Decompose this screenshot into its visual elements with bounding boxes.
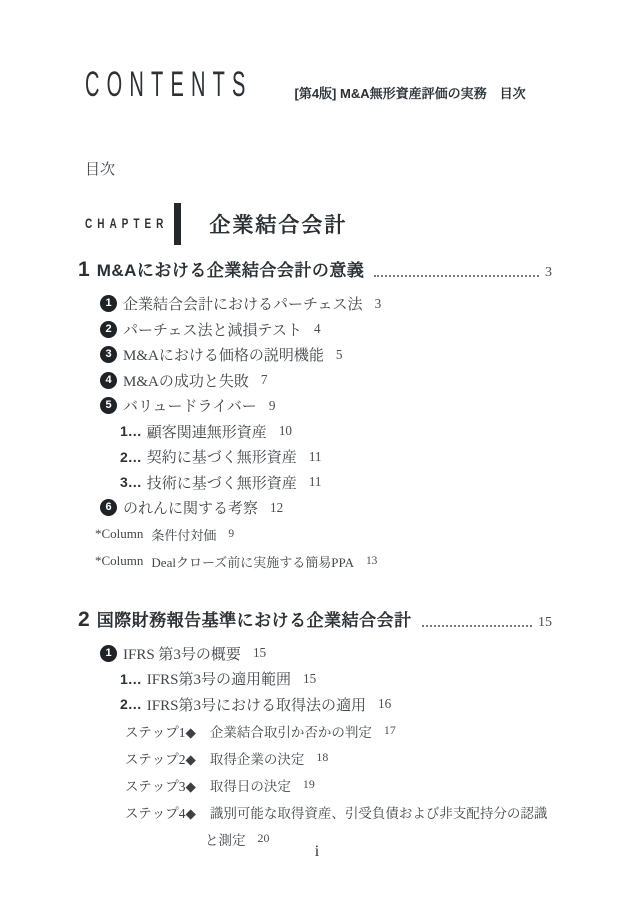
section-page: 3 [545,265,552,281]
toc-column-item: *Column 条件付対価 9 [78,521,552,548]
section-page: 15 [538,615,552,631]
item-number-badge: 1 [100,645,117,662]
page-number: i [0,843,634,861]
item-title: 技術に基づく無形資産 [147,472,297,493]
item-title: M&Aの成功と失敗 [123,370,249,391]
toc-item: 3 M&Aにおける価格の説明機能 5 [78,342,552,368]
section-title: 国際財務報告基準における企業結合会計 [97,606,412,631]
item-page: 19 [303,777,315,792]
item-title: IFRS第3号における取得法の適用 [147,694,366,715]
item-number-badge: 3 [100,346,117,363]
step-marker: ステップ4◆ [125,802,196,822]
chapter-title: 企業結合会計 [209,209,347,239]
toc-item: 6 のれんに関する考察 12 [78,495,552,521]
toc-page: CONTENTS [第4版] M&A無形資産評価の実務 目次 目次 CHAPTE… [0,0,634,900]
column-prefix: *Column [95,526,143,542]
subitem-number: 1… [120,423,142,439]
item-number-badge: 6 [100,499,117,516]
toc-subitem: 3… 技術に基づく無形資産 11 [78,470,552,496]
item-page: 10 [279,423,292,439]
subitem-number: 2… [120,696,142,712]
section-number: 2 [78,608,90,632]
book-subtitle: [第4版] M&A無形資産評価の実務 目次 [295,86,526,103]
item-title: 取得日の決定 [210,775,291,795]
item-title: Dealクローズ前に実施する簡易PPA [151,552,354,571]
item-title: バリュードライバー [123,395,257,416]
column-prefix: *Column [95,553,143,569]
item-page: 4 [314,321,321,337]
item-page: 7 [261,372,268,388]
subitem-number: 3… [120,474,142,490]
toc-step-item: ステップ2◆ 取得企業の決定 18 [78,744,552,771]
item-page: 11 [309,474,322,490]
step-marker: ステップ2◆ [125,748,196,768]
item-title: 企業結合取引か否かの判定 [210,721,372,741]
toc-step-item: ステップ1◆ 企業結合取引か否かの判定 17 [78,717,552,744]
item-number-badge: 4 [100,372,117,389]
toc-step-item: ステップ4◆ 識別可能な取得資産、引受負債および非支配持分の認識 [78,798,552,825]
item-title: 顧客関連無形資産 [147,421,267,442]
item-page: 15 [253,645,266,661]
item-number-badge: 5 [100,397,117,414]
section-number: 1 [78,258,90,282]
item-number-badge: 1 [100,295,117,312]
item-page: 9 [269,398,276,414]
subitem-number: 2… [120,449,142,465]
item-page: 11 [309,449,322,465]
step-marker: ステップ3◆ [125,775,196,795]
toc-column-item: *Column Dealクローズ前に実施する簡易PPA 13 [78,548,552,575]
item-page: 5 [336,347,343,363]
item-page: 12 [270,500,283,516]
toc-item: 1 IFRS 第3号の概要 15 [78,641,552,667]
toc-content: 1 M&Aにおける企業結合会計の意義 3 1 企業結合会計におけるパーチェス法 … [78,256,552,852]
item-title: 取得企業の決定 [210,748,305,768]
item-number-badge: 2 [100,321,117,338]
toc-step-item: ステップ3◆ 取得日の決定 19 [78,771,552,798]
section-heading: 2 国際財務報告基準における企業結合会計 15 [78,606,552,632]
item-page: 13 [366,555,377,567]
item-title: IFRS 第3号の概要 [123,643,241,664]
item-page: 18 [316,750,328,765]
toc-subitem: 1… 顧客関連無形資産 10 [78,419,552,445]
masthead: CONTENTS [第4版] M&A無形資産評価の実務 目次 [85,78,574,103]
item-title: のれんに関する考察 [123,497,258,518]
item-page: 16 [378,696,391,712]
section-2: 2 国際財務報告基準における企業結合会計 15 1 IFRS 第3号の概要 15… [78,606,552,853]
section-title: M&Aにおける企業結合会計の意義 [97,256,365,281]
chapter-word: CHAPTER [85,217,168,232]
toc-subitem: 2… 契約に基づく無形資産 11 [78,444,552,470]
item-page: 9 [228,528,234,540]
toc-label: 目次 [85,158,115,179]
chapter-number-bar [174,203,181,245]
toc-item: 4 M&Aの成功と失敗 7 [78,368,552,394]
subitem-number: 1… [120,671,142,687]
dotted-leader [422,625,532,627]
chapter-heading: CHAPTER 企業結合会計 [85,202,347,246]
contents-title: CONTENTS [85,68,253,104]
item-page: 15 [303,671,316,687]
item-title: 条件付対価 [151,525,216,544]
item-title: M&Aにおける価格の説明機能 [123,344,324,365]
toc-subitem: 2… IFRS第3号における取得法の適用 16 [78,692,552,718]
item-title: 契約に基づく無形資産 [147,446,297,467]
item-title: 企業結合会計におけるパーチェス法 [123,293,363,314]
item-title: 識別可能な取得資産、引受負債および非支配持分の認識 [210,802,548,822]
section-1: 1 M&Aにおける企業結合会計の意義 3 1 企業結合会計におけるパーチェス法 … [78,256,552,575]
item-page: 3 [375,296,382,312]
dotted-leader [374,275,539,277]
item-title: パーチェス法と減損テスト [123,319,302,340]
toc-item: 2 パーチェス法と減損テスト 4 [78,317,552,343]
item-page: 17 [384,723,396,738]
step-marker: ステップ1◆ [125,721,196,741]
toc-subitem: 1… IFRS第3号の適用範囲 15 [78,666,552,692]
section-heading: 1 M&Aにおける企業結合会計の意義 3 [78,256,552,282]
item-title: IFRS第3号の適用範囲 [147,668,291,689]
toc-item: 1 企業結合会計におけるパーチェス法 3 [78,291,552,317]
toc-item: 5 バリュードライバー 9 [78,393,552,419]
